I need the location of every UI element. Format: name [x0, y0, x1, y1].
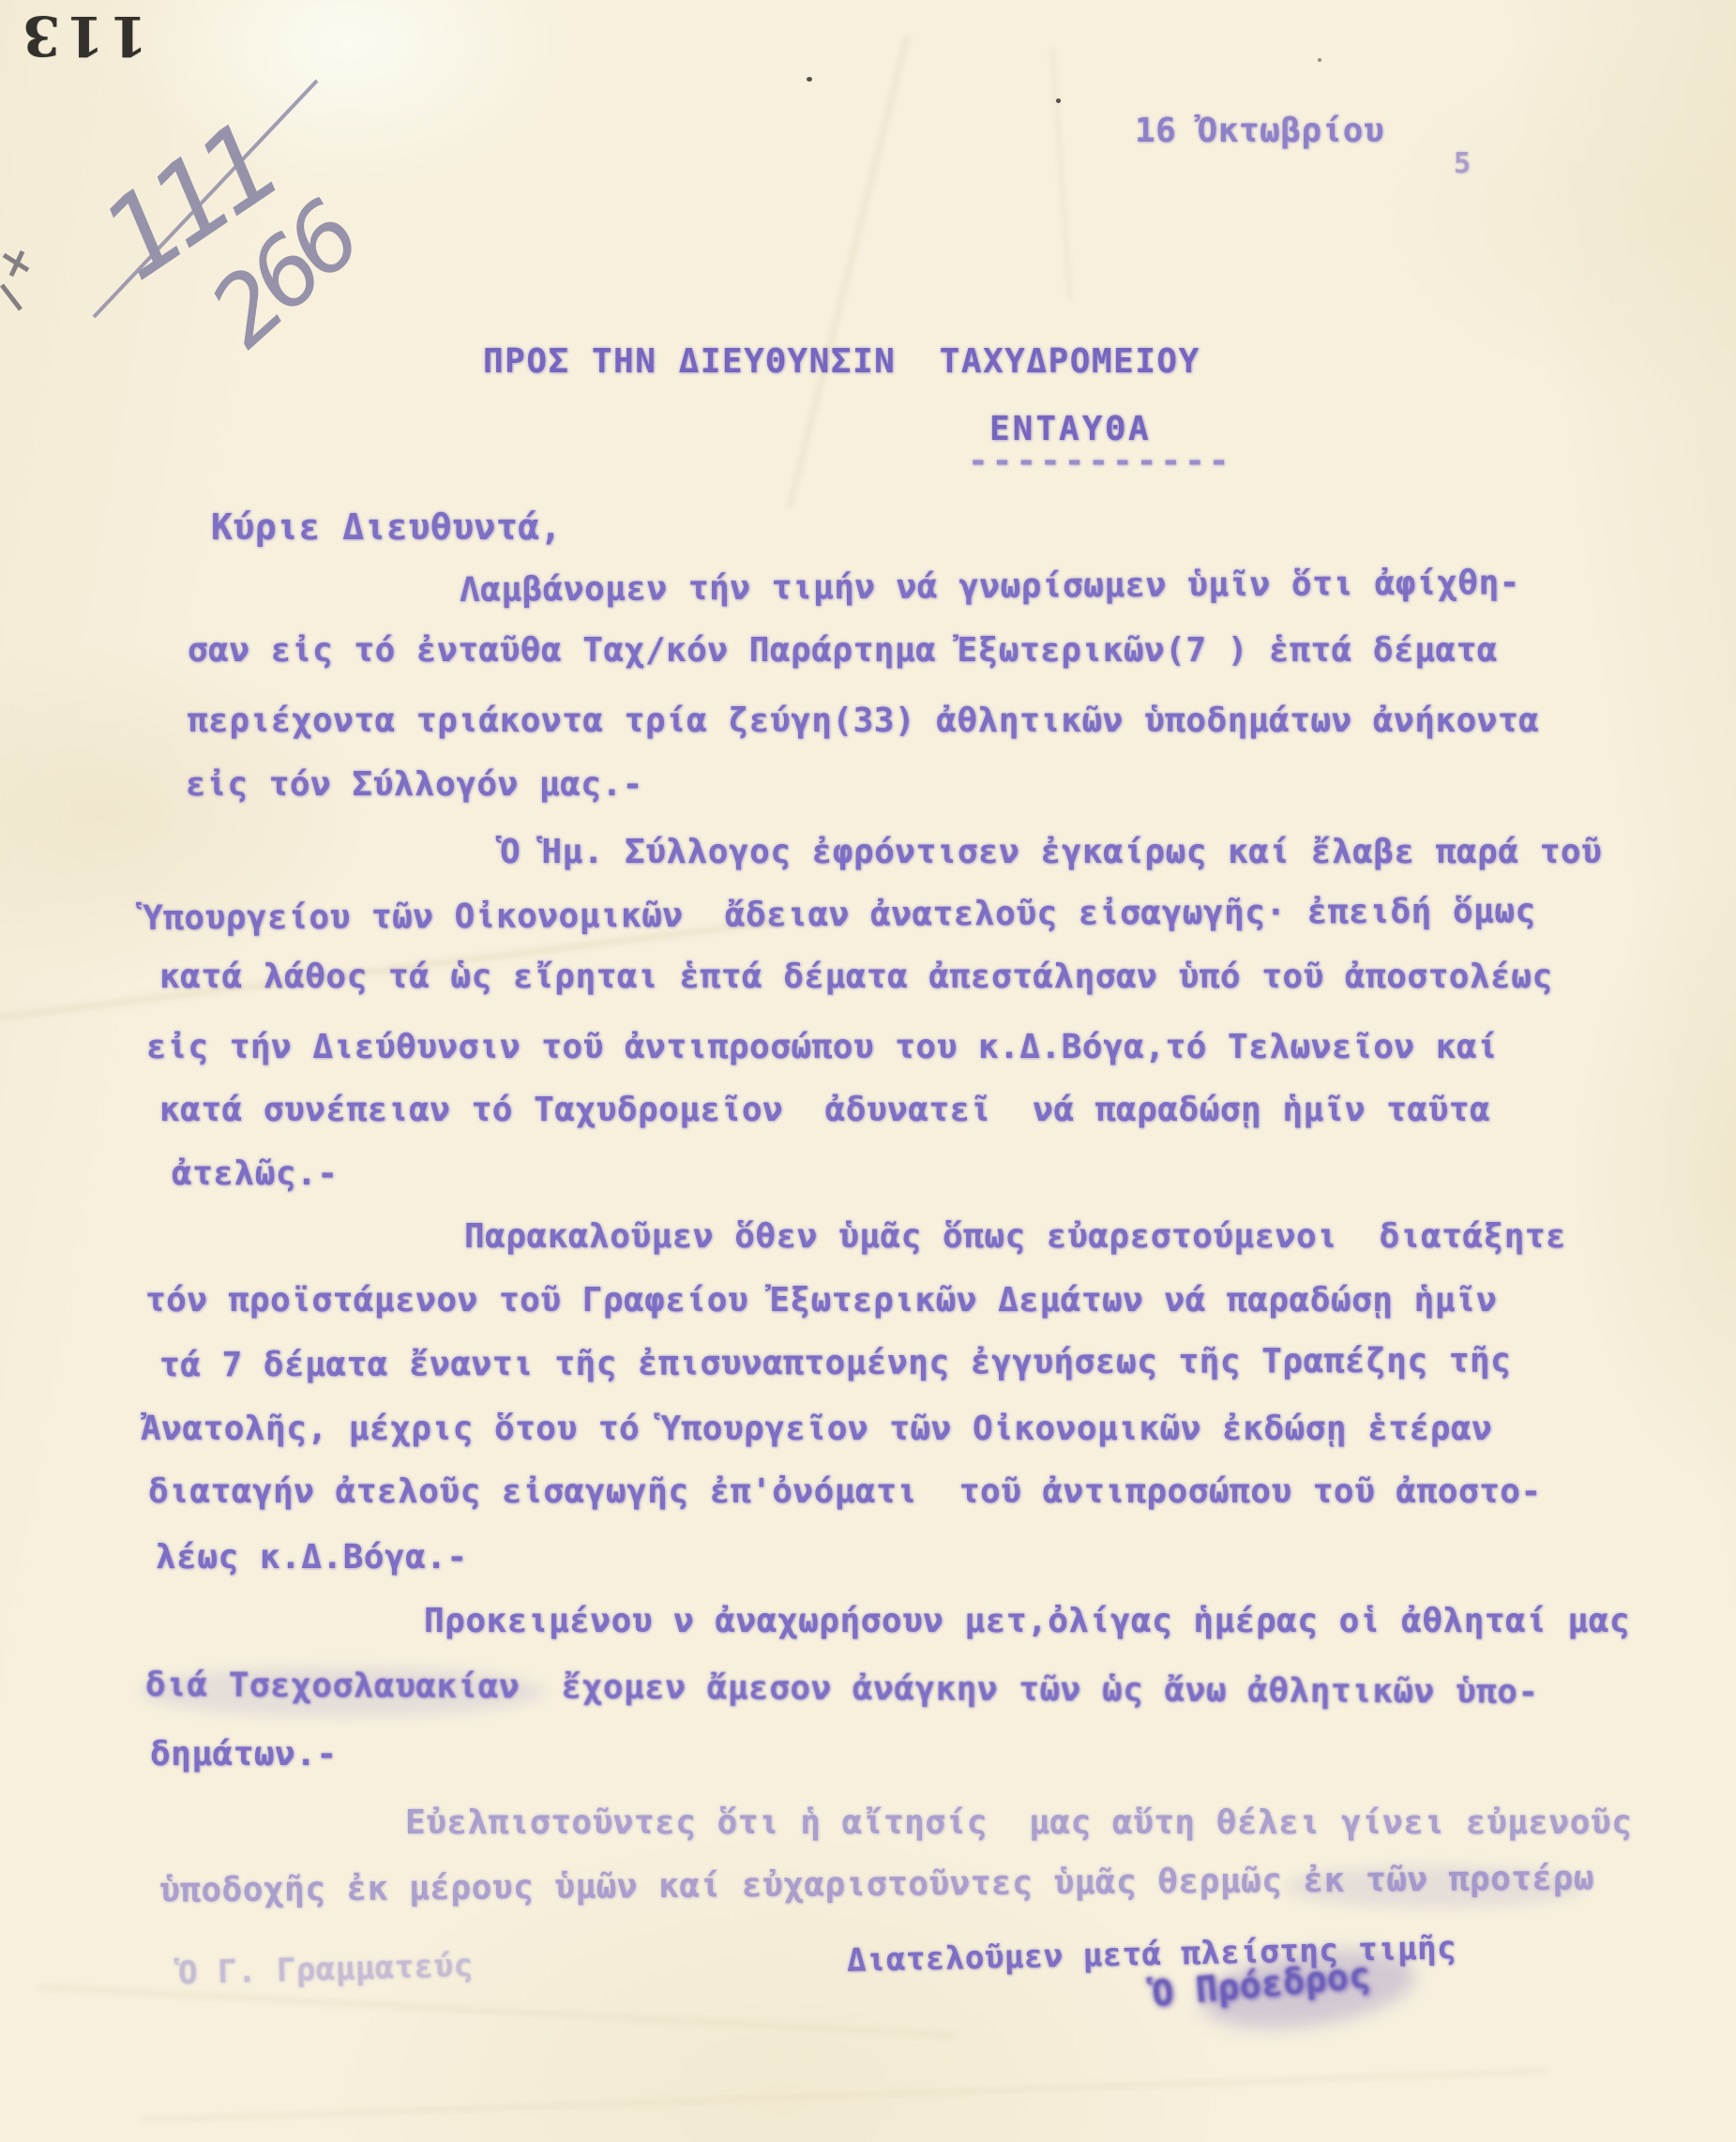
recipient-heading: ΠΡΟΣ ΤΗΝ ΔΙΕΥΘΥΝΣΙΝ ΤΑΧΥΔΡΟΜΕΙΟΥ	[483, 343, 1200, 381]
body-line: διά Τσεχοσλαυακίαν ἔχομεν ἄμεσον ἀνάγκην…	[145, 1667, 1539, 1711]
body-line: σαν εἰς τό ἐνταῦθα Ταχ/κόν Παράρτημα Ἐξω…	[188, 632, 1498, 670]
body-line: εἰς τήν Διεύθυνσιν τοῦ ἀντιπροσώπου του …	[146, 1029, 1498, 1066]
date-line: 16 Ὀκτωβρίου	[1135, 113, 1384, 150]
body-line: Ἀνατολῆς, μέχρις ὅτου τό Ὑπουργεῖον τῶν …	[141, 1410, 1492, 1448]
body-line: εἰς τόν Σύλλογόν μας.-	[186, 766, 643, 804]
paper-crease	[1049, 47, 1074, 300]
body-line: ἀτελῶς.-	[172, 1155, 338, 1193]
body-line: κατά λάθος τά ὡς εἴρηται ἑπτά δέματα ἀπε…	[159, 958, 1553, 996]
date-note: 5	[1454, 148, 1472, 179]
body-line: τά 7 δέματα ἔναντι τῆς ἐπισυναπτομένης ἐ…	[159, 1342, 1511, 1384]
body-line: Προκειμένου ν ἀναχωρήσουν μετ,ὀλίγας ἡμέ…	[424, 1603, 1630, 1640]
body-line: διαταγήν ἀτελοῦς εἰσαγωγῆς ἐπ'ὀνόματι το…	[148, 1473, 1542, 1511]
body-line: Λαμβάνομεν τήν τιμήν νά γνωρίσωμεν ὑμῖν …	[460, 565, 1520, 609]
paper-speck	[1056, 98, 1061, 103]
body-line: ὑποδοχῆς ἐκ μέρους ὑμῶν καί εὐχαριστοῦντ…	[159, 1860, 1594, 1909]
body-line: δημάτων.-	[150, 1736, 338, 1773]
divider-dashes: -----------	[968, 443, 1232, 480]
body-line: λέως κ.Δ.Βόγα.-	[156, 1539, 468, 1576]
pencil-scribble	[2, 251, 28, 309]
body-line: Παρακαλοῦμεν ὅθεν ὑμᾶς ὅπως εὐαρεστούμεν…	[464, 1218, 1566, 1256]
paper-crease	[141, 2067, 1547, 2124]
body-line: περιέχοντα τριάκοντα τρία ζεύγη(33) ἀθλη…	[188, 702, 1539, 740]
salutation: Κύριε Διευθυντά,	[211, 508, 562, 548]
paper-crease	[38, 1983, 956, 2039]
secretary-signature-label: Ὁ Γ. Γραμματεύς	[178, 1949, 474, 1992]
scanned-letter-page: 113 111 266 16 Ὀκτωβρίου 5 ΠΡΟΣ ΤΗΝ ΔΙΕΥ…	[0, 0, 1736, 2142]
paper-crease	[785, 35, 912, 510]
body-line: Ὁ Ἡμ. Σύλλογος ἐφρόντισεν ἐγκαίρως καί ἔ…	[500, 834, 1602, 871]
paper-speck	[1318, 58, 1321, 62]
body-line: κατά συνέπειαν τό Ταχυδρομεῖον ἀδυνατεῖ …	[159, 1092, 1490, 1129]
pencil-annotation: 111 266	[0, 56, 403, 469]
paper-speck	[807, 77, 812, 82]
body-line: Εὐελπιστοῦντες ὅτι ἡ αἴτησίς μας αὕτη θέ…	[405, 1804, 1632, 1842]
body-line: Ὑπουργείου τῶν Οἰκονομικῶν ἄδειαν ἀνατελ…	[143, 893, 1536, 937]
body-line: τόν προϊστάμενον τοῦ Γραφείου Ἐξωτερικῶν…	[145, 1282, 1497, 1320]
